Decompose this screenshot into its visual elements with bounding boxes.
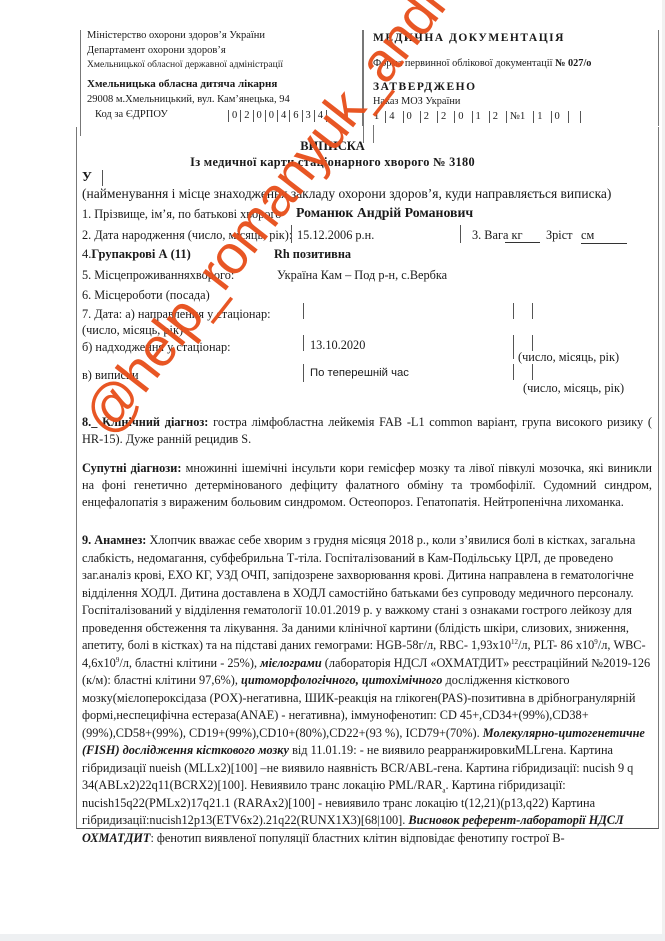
field-divider bbox=[460, 225, 461, 243]
rh-factor: Rh позитивна bbox=[274, 247, 351, 262]
patient-name: Романюк Андрій Романович bbox=[296, 205, 473, 221]
order-digit: 0 bbox=[454, 111, 471, 123]
field-divider bbox=[532, 303, 533, 319]
clinical-diagnosis: 8._ Клінічний діагноз: гостра лімфобласт… bbox=[82, 414, 652, 448]
form-label: Форма первинної облікової документації №… bbox=[373, 58, 591, 69]
order-digit: 1 bbox=[533, 111, 550, 123]
order-digit: 1 bbox=[472, 111, 489, 123]
anamnesis-label: 9. Анамнез: bbox=[82, 533, 146, 547]
order-digit bbox=[568, 111, 581, 123]
order-digit: 0 bbox=[551, 111, 568, 123]
field-divider bbox=[303, 364, 304, 382]
weight-field bbox=[505, 242, 540, 243]
blood-group: 4.Групакрові А (11) bbox=[82, 247, 191, 262]
order-digit: 2 bbox=[420, 111, 437, 123]
dob-label: 2. Дата народження (число, місяць, рік): bbox=[82, 228, 292, 243]
order-digit: 4 bbox=[385, 111, 402, 123]
hospital-name: Хмельницька обласна дитяча лікарня bbox=[87, 78, 277, 90]
edrpou-code: 0 2 0 0 4 6 3 4 bbox=[228, 110, 327, 122]
order-digit: 2 bbox=[489, 111, 506, 123]
height-label: Зріст bbox=[546, 228, 573, 243]
order-digit: 1 bbox=[371, 111, 385, 123]
referral-date-label: 7. Дата: а) направлення у стаціонар: bbox=[82, 307, 271, 322]
height-unit: см bbox=[581, 228, 627, 244]
clinical-diagnosis-label: 8._ Клінічний діагноз: bbox=[82, 415, 208, 429]
field-divider bbox=[303, 303, 304, 319]
date-hint-right: (число, місяць, рік) bbox=[523, 381, 624, 396]
medical-documentation-title: МЕДИЧНА ДОКУМЕНТАЦІЯ bbox=[373, 32, 565, 44]
discharge-date: По теперешній час bbox=[310, 367, 409, 379]
weight-label: 3. Вага кг bbox=[472, 228, 523, 243]
edrpou-digit: 0 bbox=[265, 110, 277, 122]
concomitant-diagnosis-label: Супутні діагнози: bbox=[82, 461, 181, 475]
edrpou-digit: 4 bbox=[277, 110, 289, 122]
anamnesis: 9. Анамнез: Хлопчик вважає себе хворим з… bbox=[82, 532, 652, 847]
discharge-date-label: в) виписки bbox=[82, 368, 139, 383]
field-divider bbox=[532, 364, 533, 380]
document-subtitle: Із медичної карти стаціонарного хворого … bbox=[0, 155, 665, 170]
approved-label: ЗАТВЕРДЖЕНО bbox=[373, 81, 477, 93]
ministry-name: Міністерство охорони здоровʼя України bbox=[87, 30, 265, 41]
edrpou-label: Код за ЄДРПОУ bbox=[95, 109, 168, 120]
administration-name: Хмельницької обласної державної адмініст… bbox=[87, 59, 283, 70]
residence-value: Україна Кам – Под р-н, с.Вербка bbox=[277, 268, 447, 283]
hospital-address: 29008 м.Хмельницький, вул. Камʼянецька, … bbox=[87, 94, 290, 105]
department-name: Департамент охорони здоров’я bbox=[87, 45, 226, 56]
order-digit: 2 bbox=[437, 111, 454, 123]
workplace-label: 6. Місцероботи (посада) bbox=[82, 288, 210, 303]
form-number: № 027/о bbox=[555, 58, 591, 69]
document-title: ВИПИСКА bbox=[0, 139, 665, 154]
field-divider bbox=[513, 335, 514, 359]
concomitant-diagnosis: Супутні діагнози: множинні ішемічні інсу… bbox=[82, 460, 652, 512]
field-divider bbox=[513, 364, 514, 380]
edrpou-digit: 6 bbox=[289, 110, 301, 122]
field-divider bbox=[513, 303, 514, 319]
edrpou-digit: 4 bbox=[314, 110, 327, 122]
header-right-block: МЕДИЧНА ДОКУМЕНТАЦІЯ Форма первинної обл… bbox=[362, 30, 659, 126]
edrpou-digit: 0 bbox=[253, 110, 265, 122]
cytomorphology-label: цитоморфологічного, цитохімічного bbox=[241, 673, 442, 687]
date-hint: (число, місяць, рік) bbox=[82, 323, 183, 338]
order-digit: №1 bbox=[506, 111, 533, 123]
page-bottom-edge bbox=[0, 934, 665, 941]
edrpou-digit: 3 bbox=[302, 110, 314, 122]
date-hint-right: (число, місяць, рік) bbox=[518, 350, 619, 365]
field-divider bbox=[291, 225, 292, 243]
residence-label: 5. Місцепроживанняхворого: bbox=[82, 268, 234, 283]
recipient-field bbox=[102, 170, 103, 186]
order-label: Наказ МОЗ України bbox=[373, 96, 460, 107]
header-left-block: Міністерство охорони здоровʼя України Де… bbox=[80, 30, 349, 136]
field-divider bbox=[532, 335, 533, 351]
order-digit: 0 bbox=[403, 111, 420, 123]
recipient-hint: (найменування і місце знаходження заклад… bbox=[82, 186, 611, 202]
field-divider bbox=[303, 335, 304, 351]
edrpou-digit: 2 bbox=[240, 110, 252, 122]
dob-value: 15.12.2006 р.н. bbox=[297, 228, 374, 243]
recipient-label: У bbox=[82, 169, 92, 185]
myelogram-label: мієлограми bbox=[260, 656, 322, 670]
order-code: 1 4 0 2 2 0 1 2 №1 1 0 bbox=[371, 111, 581, 123]
patient-name-label: 1. Прізвище, ім’я, по батькові хворого bbox=[82, 207, 281, 222]
edrpou-digit: 0 bbox=[228, 110, 240, 122]
admission-date: 13.10.2020 bbox=[310, 338, 365, 353]
admission-date-label: б) надходження у стаціонар: bbox=[82, 340, 231, 355]
